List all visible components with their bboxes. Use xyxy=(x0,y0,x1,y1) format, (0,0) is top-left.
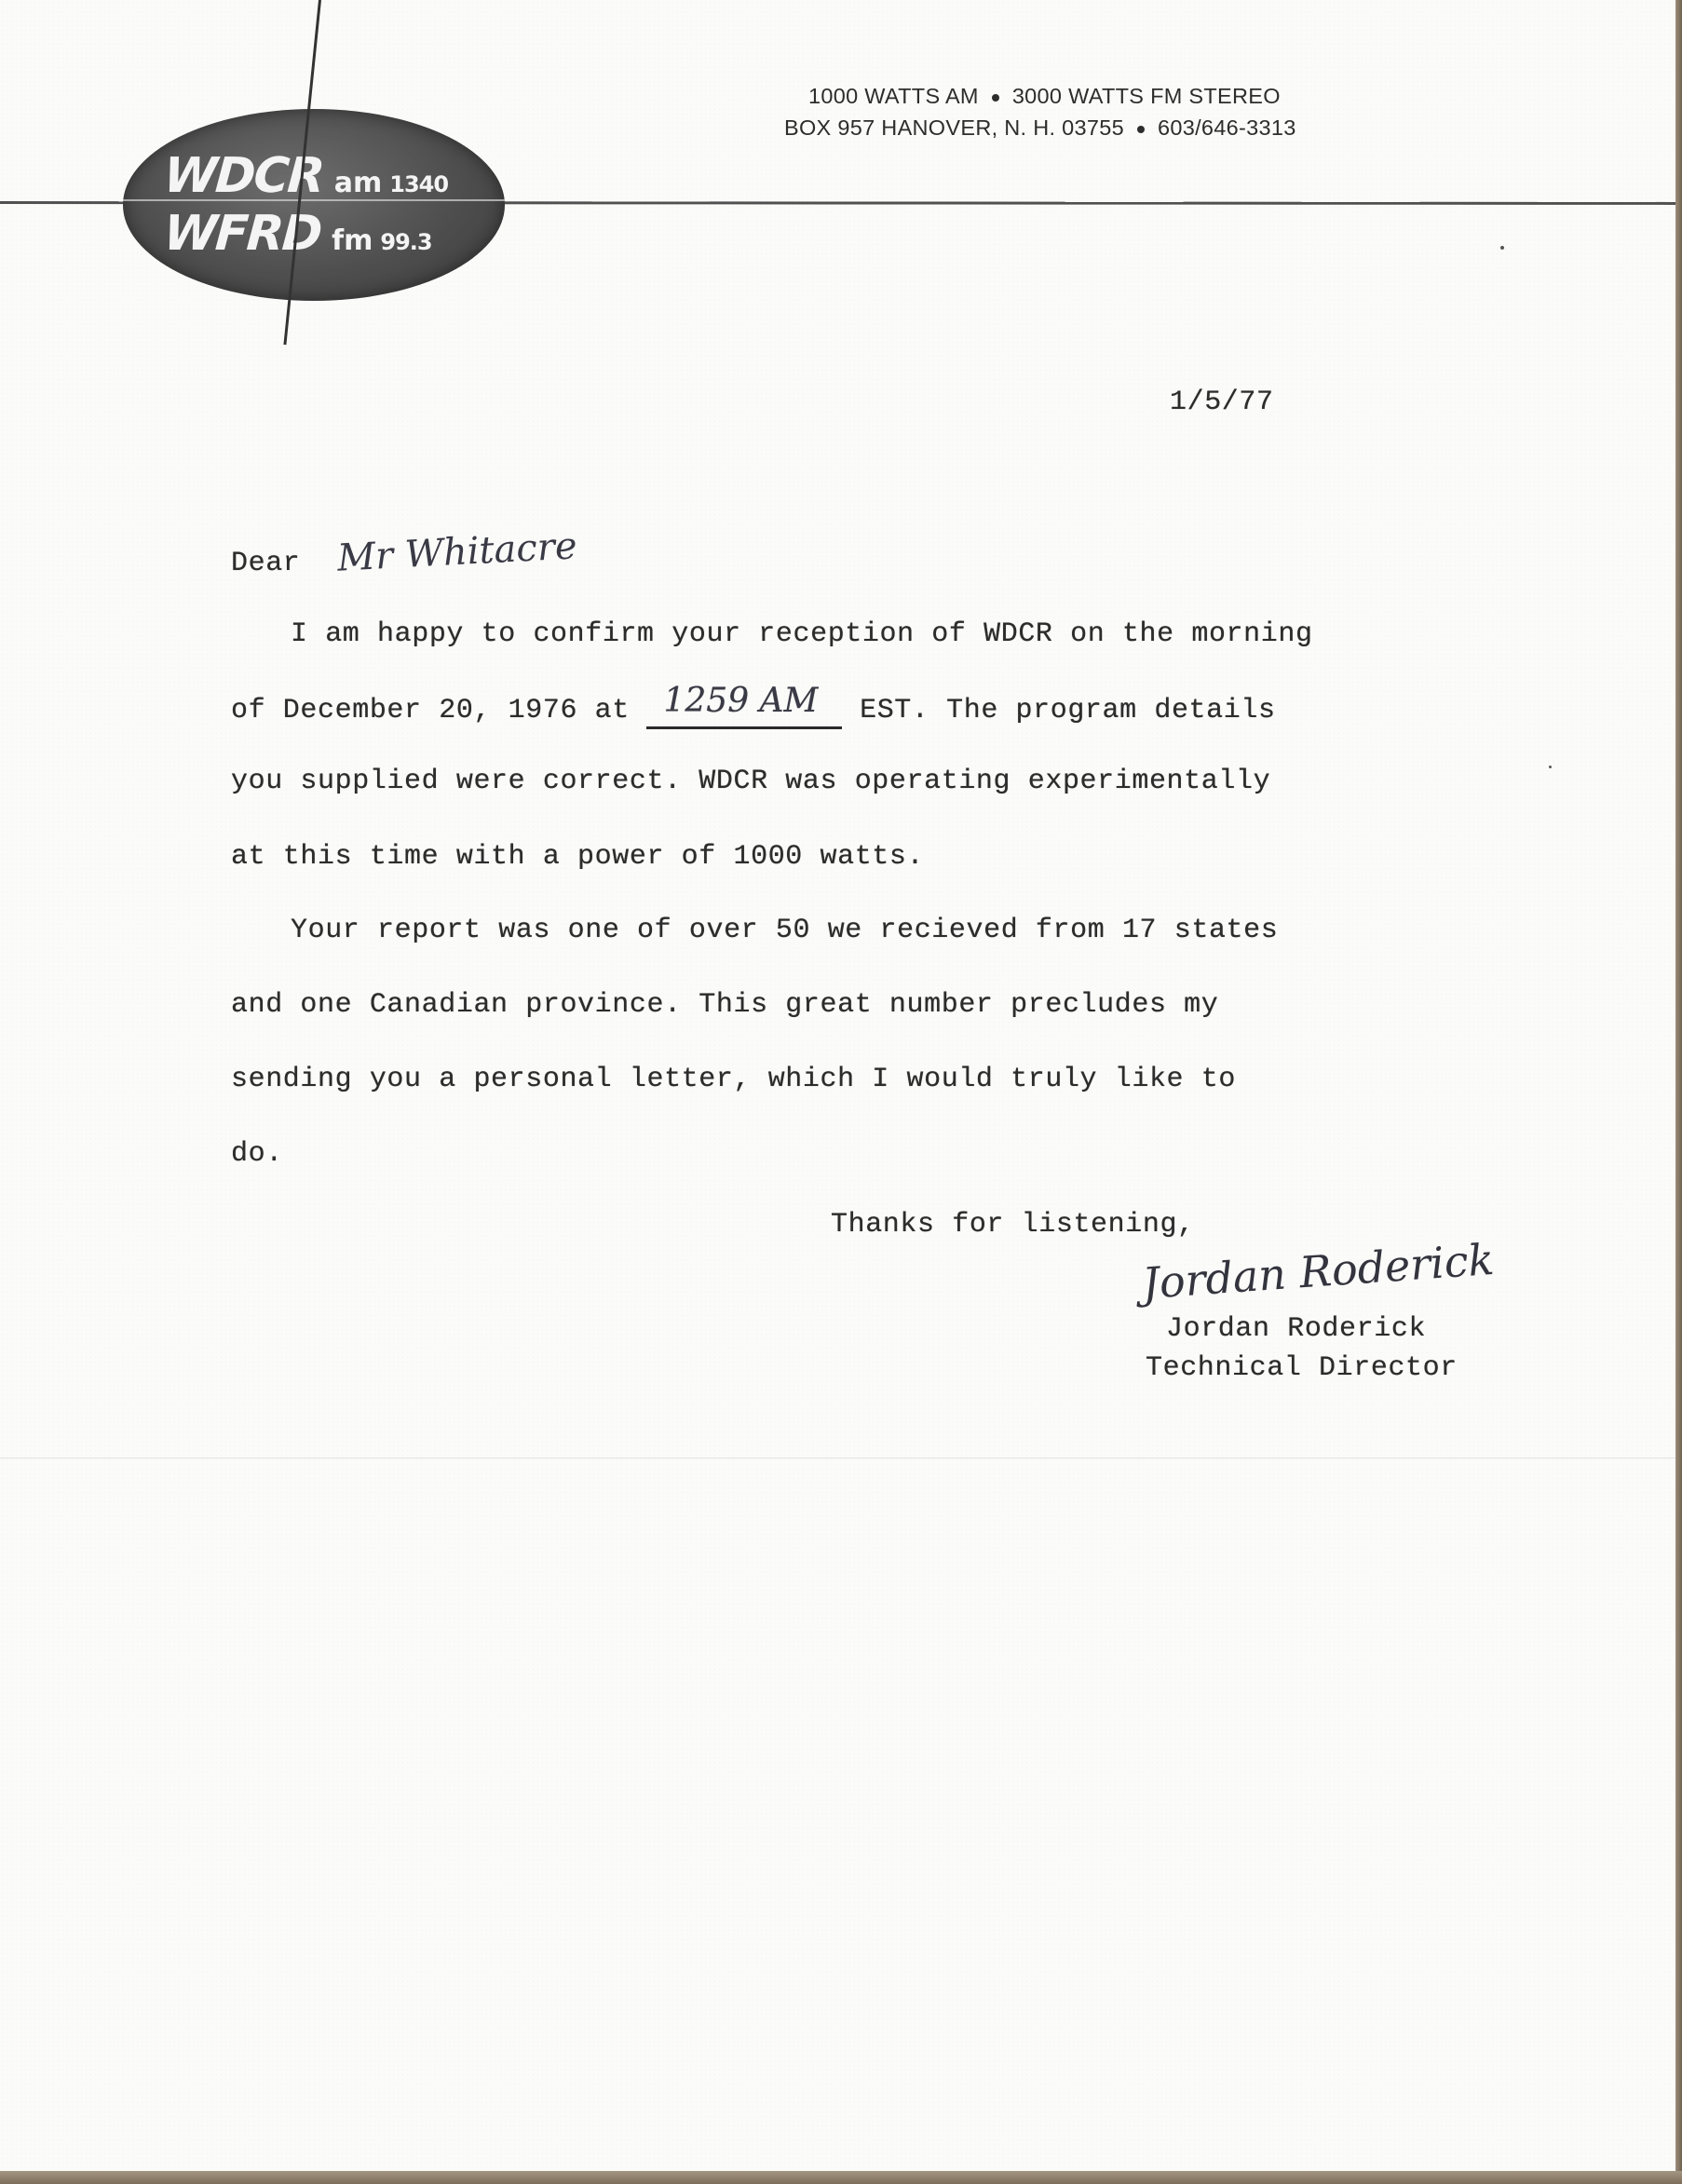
paragraph2-line4: do. xyxy=(231,1138,283,1170)
signer-name: Jordan Roderick xyxy=(1166,1313,1426,1345)
phone-number: 603/646-3313 xyxy=(1158,115,1296,140)
logo-am-frequency: 1340 xyxy=(389,171,448,197)
paragraph2-line2: and one Canadian province. This great nu… xyxy=(231,989,1218,1021)
logo-fm-band: fm xyxy=(332,224,373,257)
closing: Thanks for listening, xyxy=(831,1209,1195,1241)
paragraph1-line3: you supplied were correct. WDCR was oper… xyxy=(231,766,1270,797)
logo-fm-frequency: 99.3 xyxy=(380,229,431,255)
fm-power: 3000 WATTS FM STEREO xyxy=(1012,84,1281,108)
signer-title: Technical Director xyxy=(1146,1352,1458,1384)
ink-speck xyxy=(1500,246,1504,250)
paragraph2-line3: sending you a personal letter, which I w… xyxy=(231,1064,1236,1095)
salutation: Dear xyxy=(231,548,300,579)
paper-fold-line xyxy=(0,1458,1675,1458)
paragraph1-line2-before: of December 20, 1976 at xyxy=(231,695,630,726)
letter-page: WDCRam1340 WFRDfm99.3 1000 WATTS AM3000 … xyxy=(0,0,1675,2173)
paragraph1-line2-after: EST. The program details xyxy=(860,695,1275,726)
ink-speck xyxy=(1549,766,1552,768)
bullet-icon xyxy=(992,94,999,102)
logo-am-band: am xyxy=(334,167,383,199)
reception-time-handwritten: 1259 AM xyxy=(663,682,818,720)
background-edge-bottom xyxy=(0,2171,1682,2184)
station-info: 1000 WATTS AM3000 WATTS FM STEREO BOX 95… xyxy=(784,80,1296,143)
mailing-address: BOX 957 HANOVER, N. H. 03755 xyxy=(784,115,1124,140)
address-line: BOX 957 HANOVER, N. H. 03755603/646-3313 xyxy=(784,112,1296,143)
recipient-name-handwritten: Mr Whitacre xyxy=(336,524,578,579)
bullet-icon xyxy=(1137,126,1145,133)
paragraph1-line1: I am happy to confirm your reception of … xyxy=(291,618,1313,650)
am-power: 1000 WATTS AM xyxy=(808,84,979,108)
paragraph2-line1: Your report was one of over 50 we reciev… xyxy=(291,915,1278,946)
station-logo: WDCRam1340 WFRDfm99.3 xyxy=(123,109,505,301)
letter-date: 1/5/77 xyxy=(1170,387,1274,418)
paragraph1-line4: at this time with a power of 1000 watts. xyxy=(231,841,924,873)
power-line: 1000 WATTS AM3000 WATTS FM STEREO xyxy=(784,80,1296,112)
background-edge-right xyxy=(1675,0,1682,2184)
handwritten-signature: Jordan Roderick xyxy=(1141,1234,1496,1309)
logo-am-row: WDCRam1340 xyxy=(164,148,448,204)
paragraph1-line2: of December 20, 1976 at 1259 AM EST. The… xyxy=(231,691,1276,729)
reception-time-field: 1259 AM xyxy=(646,691,842,729)
